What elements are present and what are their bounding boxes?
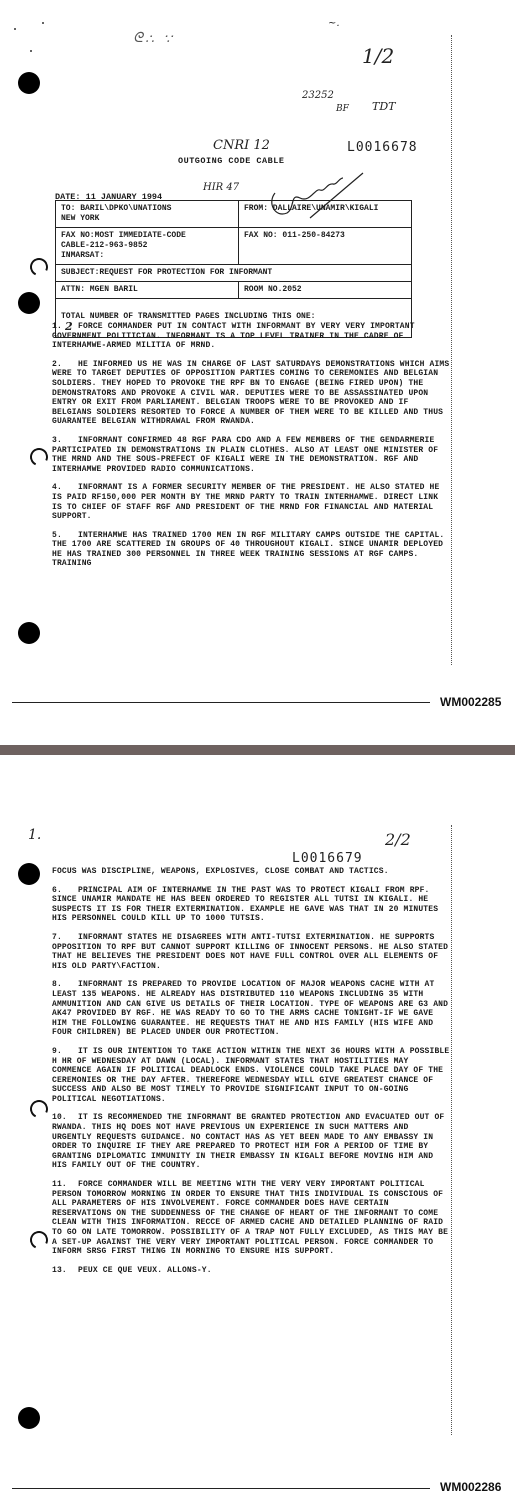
paragraph-text: INFORMANT IS PREPARED TO PROVIDE LOCATIO… — [52, 980, 448, 1037]
paragraph-number: 6. — [52, 886, 78, 896]
address-row: TO: BARIL\DPKO\UNATIONS NEW YORK FROM: D… — [56, 201, 411, 228]
continuation-text: FOCUS WAS DISCIPLINE, WEAPONS, EXPLOSIVE… — [52, 867, 452, 877]
paragraph: 7.INFORMANT STATES HE DISAGREES WITH ANT… — [52, 933, 452, 971]
paragraph: 8.INFORMANT IS PREPARED TO PROVIDE LOCAT… — [52, 980, 452, 1038]
paragraph-text: IT IS RECOMMENDED THE INFORMANT BE GRANT… — [52, 1113, 444, 1170]
paragraph: 6.PRINCIPAL AIM OF INTERHAMWE IN THE PAS… — [52, 886, 452, 924]
control-number: L0016678 — [347, 140, 418, 155]
paragraph: 13.PEUX CE QUE VEUX. ALLONS-Y. — [52, 1266, 452, 1276]
document-title: OUTGOING CODE CABLE — [178, 156, 284, 166]
bates-number: WM002285 — [440, 695, 501, 709]
paragraph-number: 5. — [52, 531, 78, 541]
cable-header-table: TO: BARIL\DPKO\UNATIONS NEW YORK FROM: D… — [55, 200, 412, 338]
paragraph: 2.HE INFORMED US HE WAS IN CHARGE OF LAS… — [52, 360, 452, 427]
paragraph-text: PEUX CE QUE VEUX. ALLONS-Y. — [78, 1266, 212, 1275]
binder-ring-mark — [27, 255, 50, 278]
paragraph-number: 3. — [52, 436, 78, 446]
paragraph-number: 11. — [52, 1180, 78, 1190]
paragraph-number: 4. — [52, 483, 78, 493]
page-marker: 1/2 — [362, 44, 394, 68]
punch-hole — [18, 1407, 40, 1429]
paragraph-number: 7. — [52, 933, 78, 943]
punch-hole — [18, 72, 40, 94]
binder-ring-mark — [27, 1228, 50, 1251]
paragraph-number: 9. — [52, 1047, 78, 1057]
cable-body-page-1: 1.FORCE COMMANDER PUT IN CONTACT WITH IN… — [52, 322, 452, 578]
fax-from-field: FAX NO: 011-250-84273 — [239, 228, 350, 264]
document-page-2: 1. 2/2 L0016679 FOCUS WAS DISCIPLINE, WE… — [0, 755, 515, 1500]
paragraph-number: 1. — [52, 322, 78, 332]
paragraph: 9.IT IS OUR INTENTION TO TAKE ACTION WIT… — [52, 1047, 452, 1105]
page-marker: 2/2 — [385, 830, 411, 849]
page-footer-rule — [12, 1488, 430, 1489]
paragraph-text: HE INFORMED US HE WAS IN CHARGE OF LAST … — [52, 360, 449, 427]
paragraph-text: PRINCIPAL AIM OF INTERHAMWE IN THE PAST … — [52, 886, 438, 924]
paragraph-text: INFORMANT STATES HE DISAGREES WITH ANTI-… — [52, 933, 448, 971]
paragraph-text: INFORMANT CONFIRMED 48 RGF PARA CDO AND … — [52, 436, 438, 474]
paragraph-text: INFORMANT IS A FORMER SECURITY MEMBER OF… — [52, 483, 439, 521]
fax-row: FAX NO:MOST IMMEDIATE-CODE CABLE-212-963… — [56, 228, 411, 265]
page-footer-rule — [12, 702, 430, 703]
room-field: ROOM NO.2052 — [239, 282, 307, 298]
paragraph: 4.INFORMANT IS A FORMER SECURITY MEMBER … — [52, 483, 452, 521]
cable-body-page-2: FOCUS WAS DISCIPLINE, WEAPONS, EXPLOSIVE… — [52, 867, 452, 1284]
paragraph: 10.IT IS RECOMMENDED THE INFORMANT BE GR… — [52, 1113, 452, 1171]
hand-note: BF — [336, 104, 349, 114]
hand-note: TDT — [372, 100, 396, 113]
scan-speck — [30, 50, 32, 52]
to-field: TO: BARIL\DPKO\UNATIONS NEW YORK — [56, 201, 239, 227]
from-field: FROM: DALLAIRE\UNAMIR\KIGALI — [239, 201, 383, 227]
fax-to-field: FAX NO:MOST IMMEDIATE-CODE CABLE-212-963… — [56, 228, 239, 264]
hand-note: CNRI 12 — [213, 138, 270, 153]
paragraph: 3.INFORMANT CONFIRMED 48 RGF PARA CDO AN… — [52, 436, 452, 474]
paragraph-text: FORCE COMMANDER PUT IN CONTACT WITH INFO… — [52, 322, 415, 350]
paragraph-text: INTERHAMWE HAS TRAINED 1700 MEN IN RGF M… — [52, 531, 444, 569]
hand-note: HIR 47 — [203, 182, 239, 193]
scribble-mark: 1. — [28, 827, 41, 843]
paragraph-number: 8. — [52, 980, 78, 990]
scribble-mark: ~. — [328, 18, 340, 29]
punch-hole — [18, 863, 40, 885]
binder-ring-mark — [27, 445, 50, 468]
faded-stamp: ᘓ∴ ∵ — [133, 30, 175, 46]
paragraph-text: IT IS OUR INTENTION TO TAKE ACTION WITHI… — [52, 1047, 449, 1104]
punch-hole — [18, 622, 40, 644]
bates-number: WM002286 — [440, 1480, 501, 1494]
document-page-1: ᘓ∴ ∵ ~. 1/2 23252 BF TDT CNRI 12 L001667… — [0, 0, 515, 745]
scan-speck — [14, 28, 16, 30]
attn-row: ATTN: MGEN BARIL ROOM NO.2052 — [56, 282, 411, 299]
paragraph-text: FORCE COMMANDER WILL BE MEETING WITH THE… — [52, 1180, 448, 1256]
attn-field: ATTN: MGEN BARIL — [56, 282, 239, 298]
paragraph: 11.FORCE COMMANDER WILL BE MEETING WITH … — [52, 1180, 452, 1257]
paragraph: 1.FORCE COMMANDER PUT IN CONTACT WITH IN… — [52, 322, 452, 351]
punch-hole — [18, 292, 40, 314]
subject-field: SUBJECT:REQUEST FOR PROTECTION FOR INFOR… — [56, 265, 411, 281]
hand-note: 23252 — [302, 90, 334, 101]
control-number: L0016679 — [292, 851, 363, 866]
paragraph-number: 10. — [52, 1113, 78, 1123]
subject-row: SUBJECT:REQUEST FOR PROTECTION FOR INFOR… — [56, 265, 411, 282]
binder-ring-mark — [27, 1097, 50, 1120]
scan-speck — [42, 22, 44, 24]
paragraph-number: 2. — [52, 360, 78, 370]
total-pages-label: TOTAL NUMBER OF TRANSMITTED PAGES INCLUD… — [61, 312, 315, 321]
paragraph: 5.INTERHAMWE HAS TRAINED 1700 MEN IN RGF… — [52, 531, 452, 569]
paragraph-number: 13. — [52, 1266, 78, 1276]
page-divider — [0, 745, 515, 755]
